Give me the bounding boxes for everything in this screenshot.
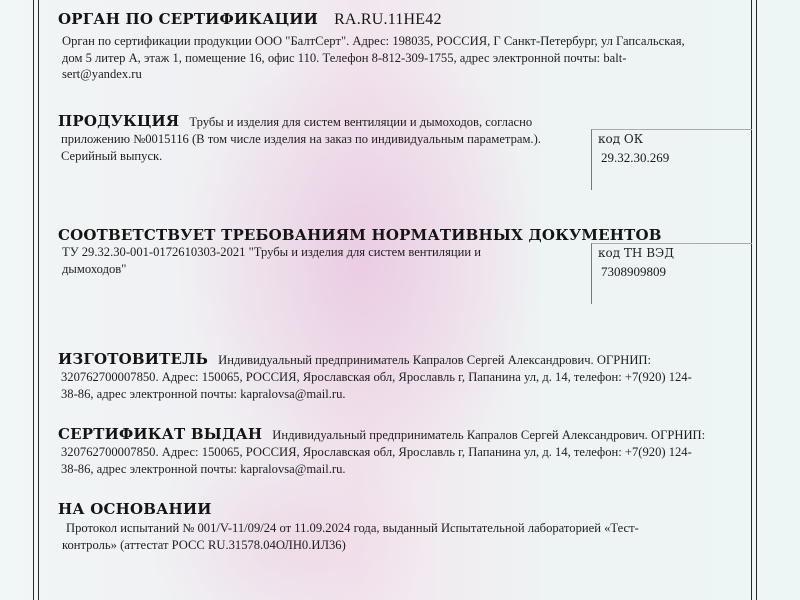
product-heading: ПРОДУКЦИЯ: [58, 112, 179, 130]
manufacturer-address-line: 320762700007850. Адрес: 150065, РОССИЯ, …: [61, 369, 692, 386]
frame-border-right-outer: [756, 0, 757, 600]
certification-body-line: Орган по сертификации продукции ООО "Бал…: [62, 33, 685, 50]
issued-to-address-line: 320762700007850. Адрес: 150065, РОССИЯ, …: [61, 444, 705, 461]
certification-body-title: ОРГАН ПО СЕРТИФИКАЦИИ: [58, 10, 318, 28]
frame-border-left-outer: [33, 0, 34, 600]
compliance-heading: СООТВЕТСТВУЕТ ТРЕБОВАНИЯМ НОРМАТИВНЫХ ДО…: [58, 226, 662, 244]
basis-heading: НА ОСНОВАНИИ: [58, 500, 639, 518]
certification-body-line: дом 5 литер А, этаж 1, помещение 16, офи…: [62, 50, 685, 67]
issued-to-details: 320762700007850. Адрес: 150065, РОССИЯ, …: [61, 444, 705, 477]
issued-to-email-line: 38-86, адрес электронной почты: kapralov…: [61, 461, 705, 478]
basis-protocol-line: Протокол испытаний № 001/V-11/09/24 от 1…: [66, 520, 639, 537]
basis-attestation-line: контроль» (аттестат РОСС RU.31578.04ОЛН0…: [62, 537, 639, 554]
manufacturer-section: ИЗГОТОВИТЕЛЬ Индивидуальный предпринимат…: [58, 350, 692, 402]
manufacturer-details: 320762700007850. Адрес: 150065, РОССИЯ, …: [61, 369, 692, 402]
product-description-line: приложению №0015116 (В том числе изделия…: [61, 131, 541, 148]
okpd-code-label: код ОК: [598, 132, 643, 146]
compliance-documents: ТУ 29.32.30-001-0172610303-2021 "Трубы и…: [62, 244, 662, 277]
certification-body-details: Орган по сертификации продукции ООО "Бал…: [62, 33, 685, 83]
manufacturer-email-line: 38-86, адрес электронной почты: kapralov…: [61, 386, 692, 403]
frame-border-left-inner: [38, 0, 39, 600]
issued-to-heading: СЕРТИФИКАТ ВЫДАН: [58, 425, 262, 443]
okpd-code-value: 29.32.30.269: [601, 150, 669, 166]
certification-body-heading: ОРГАН ПО СЕРТИФИКАЦИИRA.RU.11НЕ42: [58, 10, 685, 29]
certification-body-section: ОРГАН ПО СЕРТИФИКАЦИИRA.RU.11НЕ42 Орган …: [58, 10, 685, 83]
manufacturer-first-line: Индивидуальный предприниматель Капралов …: [218, 353, 651, 367]
certification-body-number: RA.RU.11НЕ42: [334, 11, 442, 28]
compliance-document-line: дымоходов": [62, 261, 662, 278]
tnved-code-box: код ТН ВЭД 7308909809: [591, 243, 752, 304]
product-description-first-line: Трубы и изделия для систем вентиляции и …: [189, 115, 532, 129]
certification-body-email: sert@yandex.ru: [62, 66, 685, 83]
basis-details: Протокол испытаний № 001/V-11/09/24 от 1…: [62, 520, 639, 553]
issued-to-section: СЕРТИФИКАТ ВЫДАН Индивидуальный предприн…: [58, 425, 705, 477]
tnved-code-value: 7308909809: [601, 264, 666, 280]
manufacturer-heading: ИЗГОТОВИТЕЛЬ: [58, 350, 208, 368]
okpd-code-box: код ОК 29.32.30.269: [591, 129, 752, 190]
issued-to-first-line: Индивидуальный предприниматель Капралов …: [272, 428, 705, 442]
compliance-section: СООТВЕТСТВУЕТ ТРЕБОВАНИЯМ НОРМАТИВНЫХ ДО…: [58, 226, 662, 277]
tnved-code-label: код ТН ВЭД: [598, 246, 674, 260]
compliance-document-line: ТУ 29.32.30-001-0172610303-2021 "Трубы и…: [62, 244, 662, 261]
product-description: приложению №0015116 (В том числе изделия…: [61, 131, 541, 164]
product-section: ПРОДУКЦИЯ Трубы и изделия для систем вен…: [58, 112, 541, 164]
basis-section: НА ОСНОВАНИИ Протокол испытаний № 001/V-…: [58, 500, 639, 553]
product-production-type: Серийный выпуск.: [61, 148, 541, 165]
